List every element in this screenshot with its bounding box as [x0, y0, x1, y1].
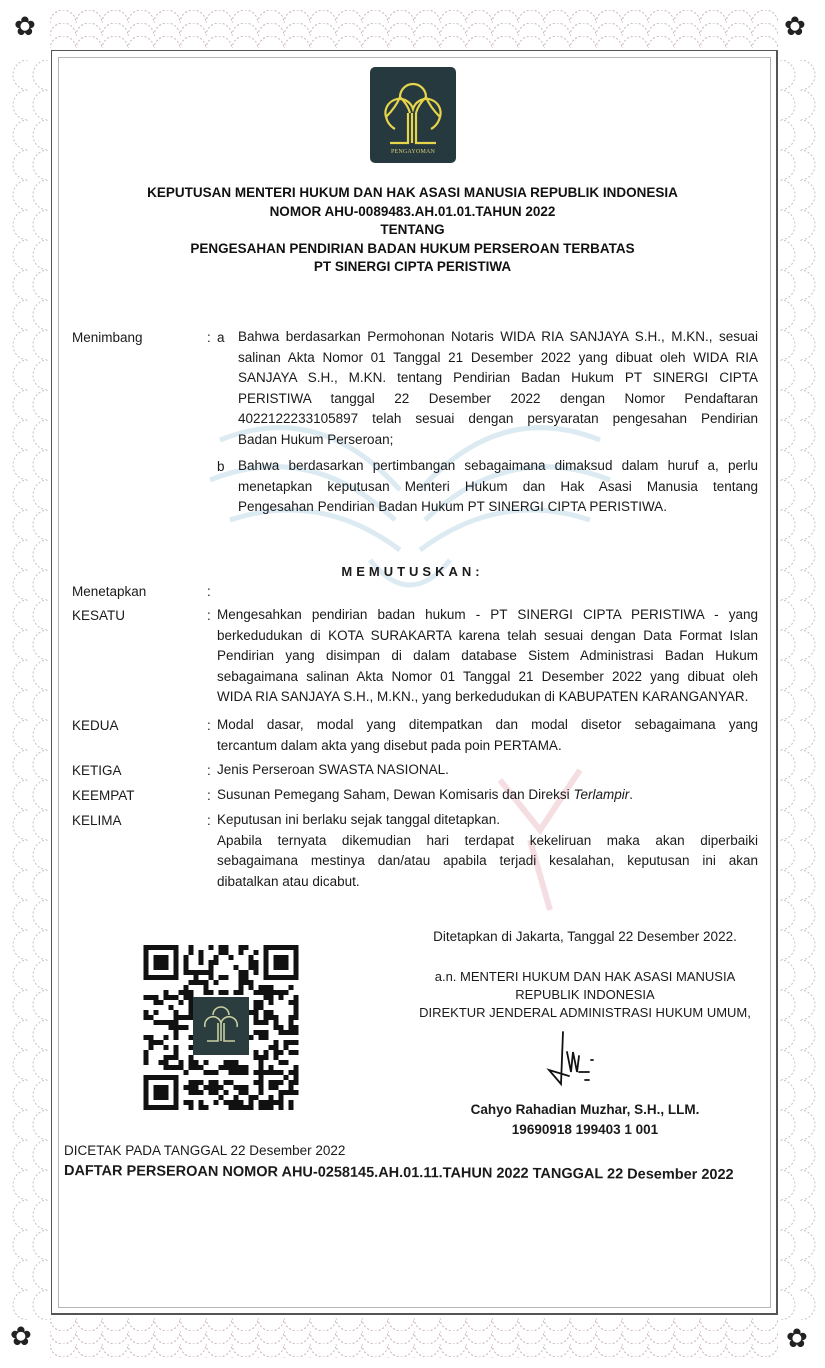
guilloche-border-left [8, 60, 48, 1320]
clause-keempat-text: Susunan Pemegang Saham, Dewan Komisaris … [217, 785, 758, 806]
clause-label-kedua: KEDUA [72, 718, 119, 733]
header-number: NOMOR AHU-0089483.AH.01.01.TAHUN 2022 [60, 203, 765, 222]
corner-ornament-icon: ✿ [10, 1324, 32, 1350]
clause-colon: : [207, 763, 211, 778]
header-subject: PENGESAHAN PENDIRIAN BADAN HUKUM PERSERO… [60, 240, 765, 259]
text-line: Pendirian yang disimpan di dalam databas… [217, 646, 758, 667]
clause-kelima-text: Keputusan ini berlaku sejak tanggal dite… [217, 810, 758, 892]
signatory-nip: 19690918 199403 1 001 [395, 1120, 775, 1140]
decision-heading: MEMUTUSKAN: [60, 564, 765, 579]
signatory-name: Cahyo Rahadian Muzhar, S.H., LLM. [395, 1100, 775, 1120]
text-line: menetapkan keputusan Menteri Hukum dan H… [238, 477, 758, 498]
text-line: salinan Akta Nomor 01 Tanggal 21 Desembe… [238, 348, 758, 369]
clause-kesatu-text: Mengesahkan pendirian badan hukum - PT S… [217, 605, 758, 708]
guilloche-border-top [50, 10, 778, 48]
on-behalf-block: a.n. MENTERI HUKUM DAN HAK ASASI MANUSIA… [395, 968, 775, 1022]
clause-label-ketiga: KETIGA [72, 763, 122, 778]
menimbang-colon: : [207, 330, 211, 345]
guilloche-border-right [780, 60, 820, 1320]
corner-ornament-icon: ✿ [786, 1326, 808, 1352]
menetapkan-label: Menetapkan [72, 584, 146, 599]
printed-date: DICETAK PADA TANGGAL 22 Desember 2022 [64, 1143, 345, 1158]
text-line: sebagaimana mestinya dan/atau apabila te… [217, 851, 758, 872]
clause-colon: : [207, 813, 211, 828]
text-line: Pengesahan Pendirian Badan Hukum PT SINE… [238, 497, 758, 518]
text-line: Modal dasar, modal yang ditempatkan dan … [217, 715, 758, 736]
text-line: 4022122233105897 telah sesuai dengan per… [238, 409, 758, 430]
clause-colon: : [207, 788, 211, 803]
text-line: dibatalkan atau dicabut. [217, 872, 758, 893]
corner-ornament-icon: ✿ [784, 14, 806, 40]
clause-kedua-text: Modal dasar, modal yang ditempatkan dan … [217, 715, 758, 756]
menimbang-item-b: Bahwa berdasarkan pertimbangan sebagaima… [238, 456, 758, 518]
menimbang-label: Menimbang [72, 330, 143, 345]
logo-caption: PENGAYOMAN [370, 149, 456, 155]
text-line: tercantum dalam akta yang disebut pada p… [217, 736, 758, 757]
menimbang-item-letter: b [217, 459, 225, 474]
signatory: Cahyo Rahadian Muzhar, S.H., LLM. 196909… [395, 1100, 775, 1140]
qr-emblem-icon [193, 997, 249, 1055]
corner-ornament-icon: ✿ [14, 14, 36, 40]
header-company: PT SINERGI CIPTA PERISTIWA [60, 258, 765, 277]
clause-ketiga-text: Jenis Perseroan SWASTA NASIONAL. [217, 760, 758, 781]
menetapkan-colon: : [207, 584, 211, 599]
pengayoman-logo: PENGAYOMAN [370, 67, 456, 163]
text-line: Susunan Pemegang Saham, Dewan Komisaris … [217, 785, 758, 806]
clause-colon: : [207, 718, 211, 733]
header-title: KEPUTUSAN MENTERI HUKUM DAN HAK ASASI MA… [60, 184, 765, 203]
clause-label-kesatu: KESATU [72, 608, 125, 623]
document-header: KEPUTUSAN MENTERI HUKUM DAN HAK ASASI MA… [60, 184, 765, 277]
text-line: Keputusan ini berlaku sejak tanggal dite… [217, 810, 758, 831]
place-date: Ditetapkan di Jakarta, Tanggal 22 Desemb… [395, 928, 775, 946]
guilloche-border-bottom [50, 1318, 778, 1358]
text-line: Badan Hukum Perseroan; [238, 430, 758, 451]
keempat-text: Susunan Pemegang Saham, Dewan Komisaris … [217, 787, 573, 802]
text-line: Bahwa berdasarkan Permohonan Notaris WID… [238, 327, 758, 348]
clause-label-keempat: KEEMPAT [72, 788, 135, 803]
text-line: berkedudukan di KOTA SURAKARTA karena te… [217, 626, 758, 647]
clause-colon: : [207, 608, 211, 623]
menimbang-item-letter: a [217, 330, 225, 345]
on-behalf-line: REPUBLIK INDONESIA [395, 986, 775, 1004]
text-line: PERISTIWA tanggal 22 Desember 2022 denga… [238, 389, 758, 410]
signature-icon [545, 1030, 605, 1092]
menimbang-item-a: Bahwa berdasarkan Permohonan Notaris WID… [238, 327, 758, 450]
text-line: WIDA RIA SANJAYA S.H., M.KN., yang berke… [217, 687, 758, 708]
text-line: Jenis Perseroan SWASTA NASIONAL. [217, 760, 758, 781]
text-line: SANJAYA S.H., M.KN. tentang Pendirian Ba… [238, 368, 758, 389]
text-line: Apabila ternyata dikemudian hari terdapa… [217, 831, 758, 852]
on-behalf-line: a.n. MENTERI HUKUM DAN HAK ASASI MANUSIA [395, 968, 775, 986]
text-line: Mengesahkan pendirian badan hukum - PT S… [217, 605, 758, 626]
text-line: Bahwa berdasarkan pertimbangan sebagaima… [238, 456, 758, 477]
on-behalf-line: DIREKTUR JENDERAL ADMINISTRASI HUKUM UMU… [395, 1004, 775, 1022]
text-line: sebagaimana salinan Akta Nomor 01 Tangga… [217, 667, 758, 688]
keempat-italic: Terlampir [573, 787, 629, 802]
header-about: TENTANG [60, 221, 765, 240]
clause-label-kelima: KELIMA [72, 813, 122, 828]
keempat-suffix: . [629, 787, 633, 802]
